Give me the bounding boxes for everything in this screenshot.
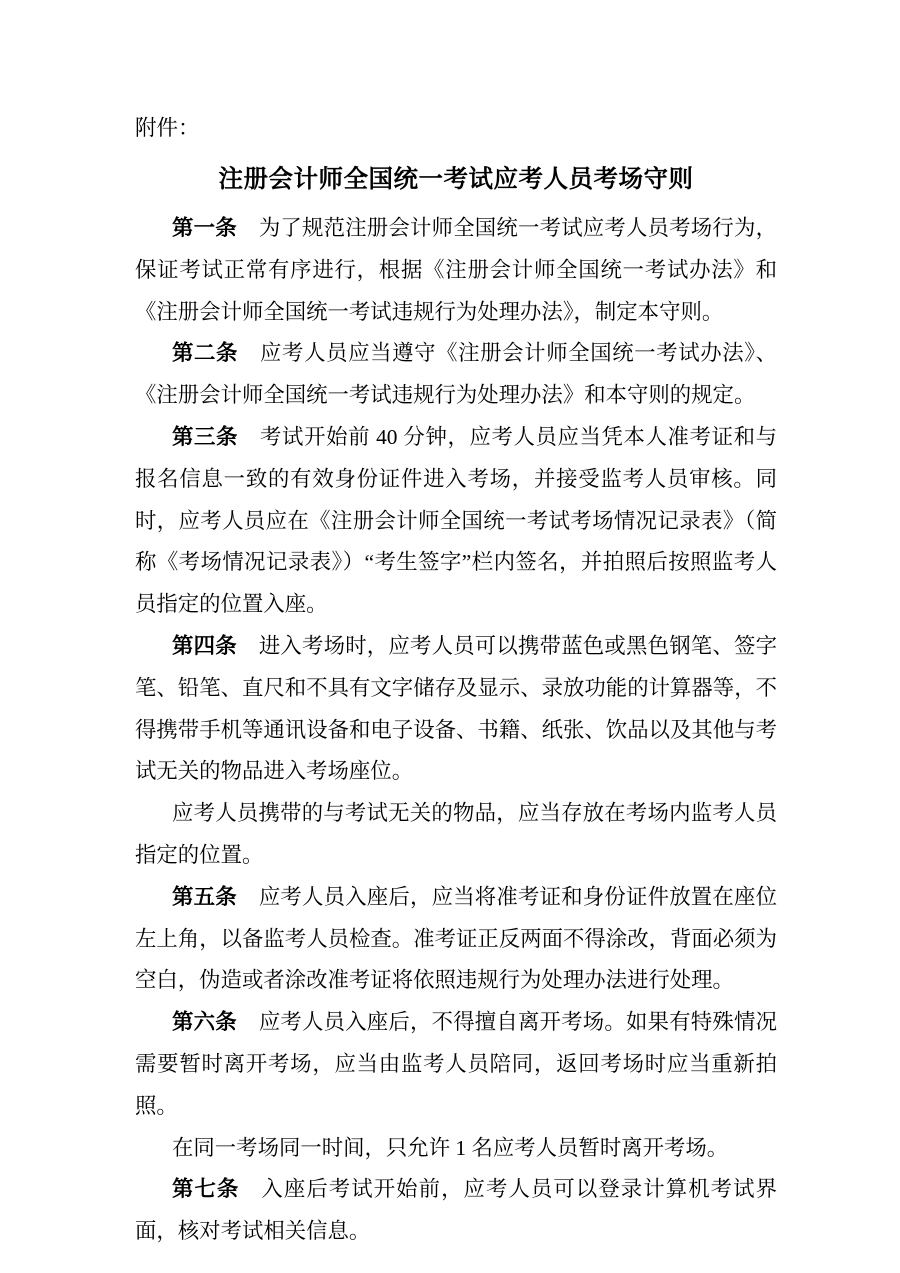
document-body: 第一条为了规范注册会计师全国统一考试应考人员考场行为，保证考试正常有序进行，根据… — [135, 208, 777, 1253]
article-number: 第七条 — [172, 1177, 239, 1201]
article-number: 第二条 — [172, 341, 238, 365]
paragraph: 第二条应考人员应当遵守《注册会计师全国统一考试办法》、《注册会计师全国统一考试违… — [135, 333, 777, 417]
attachment-label: 附件： — [135, 107, 777, 149]
article-number: 第五条 — [172, 885, 237, 909]
paragraph: 第四条进入考场时，应考人员可以携带蓝色或黑色钢笔、签字笔、铅笔、直尺和不具有文字… — [135, 626, 777, 793]
paragraph: 第三条考试开始前 40 分钟，应考人员应当凭本人准考证和与报名信息一致的有效身份… — [135, 417, 777, 626]
paragraph: 第五条应考人员入座后，应当将准考证和身份证件放置在座位左上角，以备监考人员检查。… — [135, 877, 777, 1002]
article-number: 第六条 — [172, 1010, 237, 1034]
article-number: 第三条 — [172, 425, 238, 449]
paragraph: 第七条入座后考试开始前，应考人员可以登录计算机考试界面，核对考试相关信息。 — [135, 1169, 777, 1253]
paragraph: 第六条应考人员入座后，不得擅自离开考场。如果有特殊情况需要暂时离开考场，应当由监… — [135, 1002, 777, 1127]
paragraph: 在同一考场同一时间，只允许 1 名应考人员暂时离开考场。 — [135, 1128, 777, 1170]
paragraph: 第一条为了规范注册会计师全国统一考试应考人员考场行为，保证考试正常有序进行，根据… — [135, 208, 777, 333]
document-page: 附件： 注册会计师全国统一考试应考人员考场守则 第一条为了规范注册会计师全国统一… — [0, 0, 900, 1273]
article-number: 第一条 — [172, 216, 237, 240]
paragraph: 应考人员携带的与考试无关的物品，应当存放在考场内监考人员指定的位置。 — [135, 793, 777, 877]
article-number: 第四条 — [172, 634, 237, 658]
document-title: 注册会计师全国统一考试应考人员考场守则 — [135, 153, 777, 207]
